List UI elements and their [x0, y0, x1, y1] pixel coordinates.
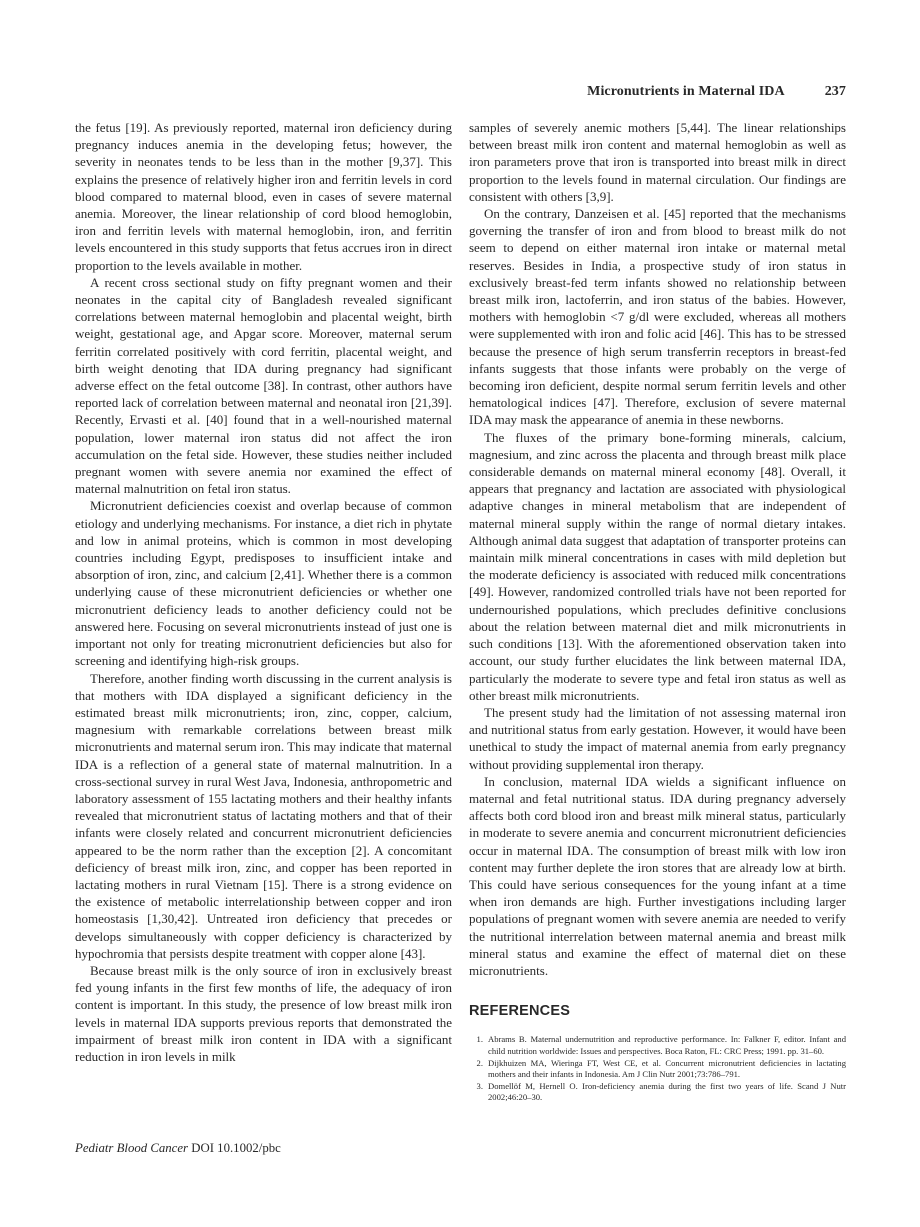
journal-footer: Pediatr Blood Cancer DOI 10.1002/pbc: [75, 1141, 281, 1156]
reference-item: 1. Abrams B. Maternal undernutrition and…: [469, 1034, 846, 1057]
reference-list: 1. Abrams B. Maternal undernutrition and…: [469, 1034, 846, 1104]
paragraph: Because breast milk is the only source o…: [75, 962, 452, 1065]
paragraph: In conclusion, maternal IDA wields a sig…: [469, 773, 846, 979]
right-column: samples of severely anemic mothers [5,44…: [469, 119, 846, 1104]
reference-text: Domellöf M, Hernell O. Iron-deficiency a…: [488, 1081, 846, 1104]
reference-item: 3. Domellöf M, Hernell O. Iron-deficienc…: [469, 1081, 846, 1104]
reference-number: 2.: [469, 1058, 488, 1081]
two-column-body: the fetus [19]. As previously reported, …: [75, 119, 846, 1104]
paragraph: Micronutrient deficiencies coexist and o…: [75, 497, 452, 669]
paragraph: the fetus [19]. As previously reported, …: [75, 119, 452, 274]
running-header: Micronutrients in Maternal IDA 237: [75, 0, 846, 100]
journal-page: Micronutrients in Maternal IDA 237 the f…: [0, 0, 920, 1227]
paragraph: A recent cross sectional study on fifty …: [75, 274, 452, 498]
page-number: 237: [825, 84, 846, 100]
paragraph: The present study had the limitation of …: [469, 704, 846, 773]
paragraph: The fluxes of the primary bone-forming m…: [469, 429, 846, 704]
reference-number: 1.: [469, 1034, 488, 1057]
running-title: Micronutrients in Maternal IDA: [587, 84, 785, 100]
left-column: the fetus [19]. As previously reported, …: [75, 119, 452, 1104]
paragraph: Therefore, another finding worth discuss…: [75, 670, 452, 962]
reference-number: 3.: [469, 1081, 488, 1104]
paragraph: samples of severely anemic mothers [5,44…: [469, 119, 846, 205]
reference-text: Dijkhuizen MA, Wieringa FT, West CE, et …: [488, 1058, 846, 1081]
journal-name: Pediatr Blood Cancer: [75, 1141, 188, 1155]
reference-item: 2. Dijkhuizen MA, Wieringa FT, West CE, …: [469, 1058, 846, 1081]
reference-text: Abrams B. Maternal undernutrition and re…: [488, 1034, 846, 1057]
page-content: Micronutrients in Maternal IDA 237 the f…: [75, 0, 846, 1104]
doi-text: DOI 10.1002/pbc: [191, 1141, 281, 1155]
paragraph: On the contrary, Danzeisen et al. [45] r…: [469, 205, 846, 429]
references-heading: REFERENCES: [469, 1003, 846, 1020]
